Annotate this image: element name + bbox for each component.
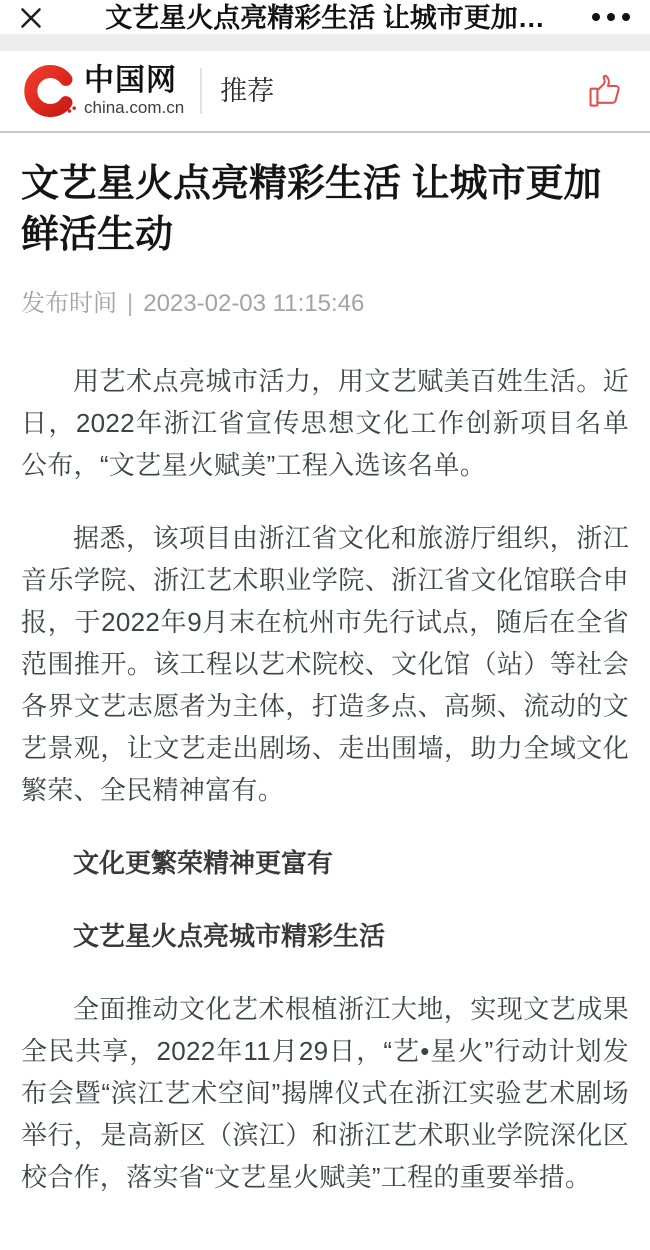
article: 文艺星火点亮精彩生活 让城市更加鲜活生动 发布时间 | 2023-02-03 1… [0,159,650,1198]
subheading: 文艺星火点亮城市精彩生活 [21,915,629,957]
brand-text[interactable]: 中国网 china.com.cn [84,65,184,117]
topbar-title: 文艺星火点亮精彩生活 让城市更加… [105,0,545,34]
meta-separator: | [127,291,133,317]
subheading: 文化更繁荣精神更富有 [21,842,629,884]
topbar: 文艺星火点亮精彩生活 让城市更加… [0,0,650,34]
titlebar-separator-strip [0,34,650,51]
header-vertical-divider [200,68,202,114]
channel-label: 推荐 [220,76,274,106]
publish-label: 发布时间 [21,291,117,317]
more-icon [592,13,600,21]
site-header: 中国网 china.com.cn 推荐 [0,51,650,131]
china-net-logo-icon[interactable] [24,65,76,117]
paragraph: 用艺术点亮城市活力，用文艺赋美百姓生活。近日，2022年浙江省宣传思想文化工作创… [21,360,629,486]
page: 文艺星火点亮精彩生活 让城市更加… 中国网 china.com.cn [0,0,650,1250]
header-bottom-divider [0,131,650,133]
publish-meta: 发布时间 | 2023-02-03 11:15:46 [21,291,629,317]
close-button[interactable] [18,5,44,31]
close-icon [20,7,42,29]
thumbs-up-icon[interactable] [584,69,624,113]
paragraph: 据悉，该项目由浙江省文化和旅游厅组织，浙江音乐学院、浙江艺术职业学院、浙江省文化… [21,517,629,811]
publish-time: 2023-02-03 11:15:46 [143,291,364,317]
article-title: 文艺星火点亮精彩生活 让城市更加鲜活生动 [21,159,629,261]
brand-domain: china.com.cn [84,98,184,117]
paragraph: 全面推动文化艺术根植浙江大地，实现文艺成果全民共享，2022年11月29日，“艺… [21,988,629,1198]
more-button[interactable] [592,0,630,34]
brand-name: 中国网 [84,65,184,97]
